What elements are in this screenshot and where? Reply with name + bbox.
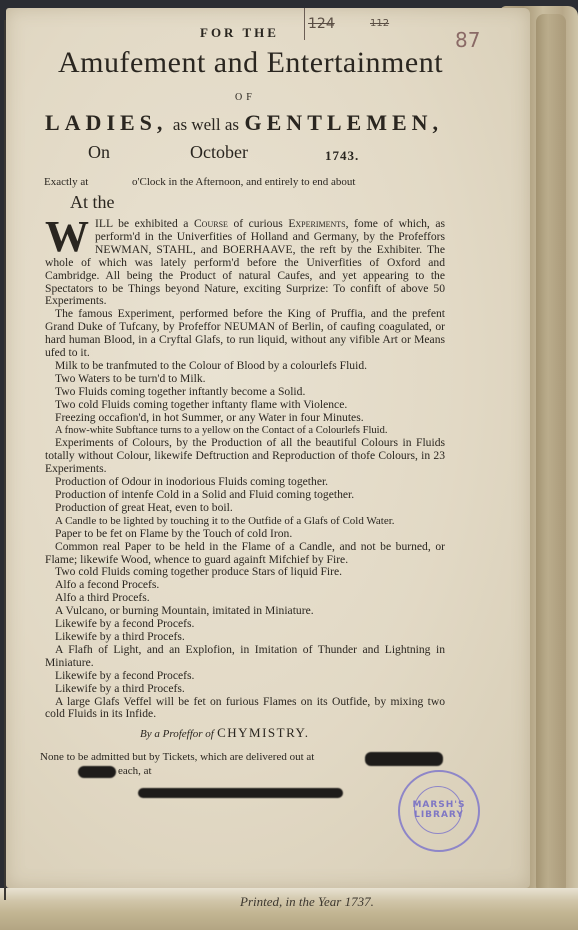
experiment-item: Two Fluids coming together inftantly bec…: [45, 386, 445, 399]
handwritten-number: 124: [308, 16, 335, 32]
drop-cap: W: [45, 219, 89, 255]
redaction-mark: [78, 766, 116, 778]
imprint-line: Printed, in the Year 1737.: [240, 894, 374, 910]
experiment-item: A large Glafs Veffel will be fet on furi…: [45, 696, 445, 722]
experiment-item: Paper to be fet on Flame by the Touch of…: [45, 528, 445, 541]
handwritten-mark: [304, 8, 305, 40]
experiment-item: A Flafh of Light, and an Explofion, in I…: [45, 644, 445, 670]
experiment-item: Two Waters to be turn'd to Milk.: [45, 373, 445, 386]
page-title: Amufement and Entertainment: [58, 46, 443, 80]
experiment-item: Likewife by a third Procefs.: [45, 631, 445, 644]
venue-at-the: At the: [70, 192, 115, 213]
shelfmark: 87: [455, 28, 480, 52]
experiment-item: Production of great Heat, even to boil.: [45, 502, 445, 515]
experiment-item: Production of intenfe Cold in a Solid an…: [45, 489, 445, 502]
experiment-item: Experiments of Colours, by the Productio…: [45, 437, 445, 476]
experiment-item: Likewife by a fecond Procefs.: [45, 670, 445, 683]
date-on: On: [88, 142, 110, 163]
handwritten-number-secondary: 112: [370, 18, 389, 29]
page-edge: [536, 14, 566, 894]
time-description: o'Clock in the Afternoon, and entirely t…: [132, 176, 355, 188]
experiment-item: Milk to be tranfmuted to the Colour of B…: [45, 360, 445, 373]
library-stamp: MARSH'S LIBRARY: [398, 770, 480, 852]
tickets-price-line: each, at: [118, 765, 152, 777]
heading-ladies: LADIES,: [45, 110, 167, 135]
heading-of: OF: [235, 92, 256, 103]
experiment-item: Two cold Fluids coming together inftanty…: [45, 399, 445, 412]
byline-subject: CHYMISTRY.: [217, 725, 309, 740]
stamp-text: MARSH'S LIBRARY: [400, 800, 478, 820]
time-exactly-at: Exactly at: [44, 176, 88, 188]
experiment-item: Likewife by a third Procefs.: [45, 683, 445, 696]
heading-as-well-as: as well as: [173, 115, 239, 134]
tickets-line: None to be admitted but by Tickets, whic…: [40, 751, 314, 763]
heading-gentlemen: GENTLEMEN,: [245, 110, 444, 135]
date-month: October: [190, 142, 248, 163]
experiment-item: Freezing occafion'd, in hot Summer, or a…: [45, 412, 445, 425]
date-year: 1743.: [325, 148, 359, 164]
experiment-item: Common real Paper to be held in the Flam…: [45, 541, 445, 567]
body-text: WILL be exhibited a Course of curious Ex…: [45, 218, 445, 721]
byline-prefix: By a Profeffor of: [140, 728, 214, 740]
heading-for-the: FOR THE: [200, 25, 279, 41]
byline: By a Profeffor of CHYMISTRY.: [140, 725, 310, 741]
redaction-mark: [365, 752, 443, 766]
heading-audience: LADIES, as well as GENTLEMEN,: [45, 110, 443, 136]
redaction-mark: [138, 788, 343, 798]
experiment-item: A Candle to be lighted by touching it to…: [45, 515, 445, 528]
intro-paragraph: WILL be exhibited a Course of curious Ex…: [45, 218, 445, 308]
famous-experiment-paragraph: The famous Experiment, performed before …: [45, 308, 445, 360]
